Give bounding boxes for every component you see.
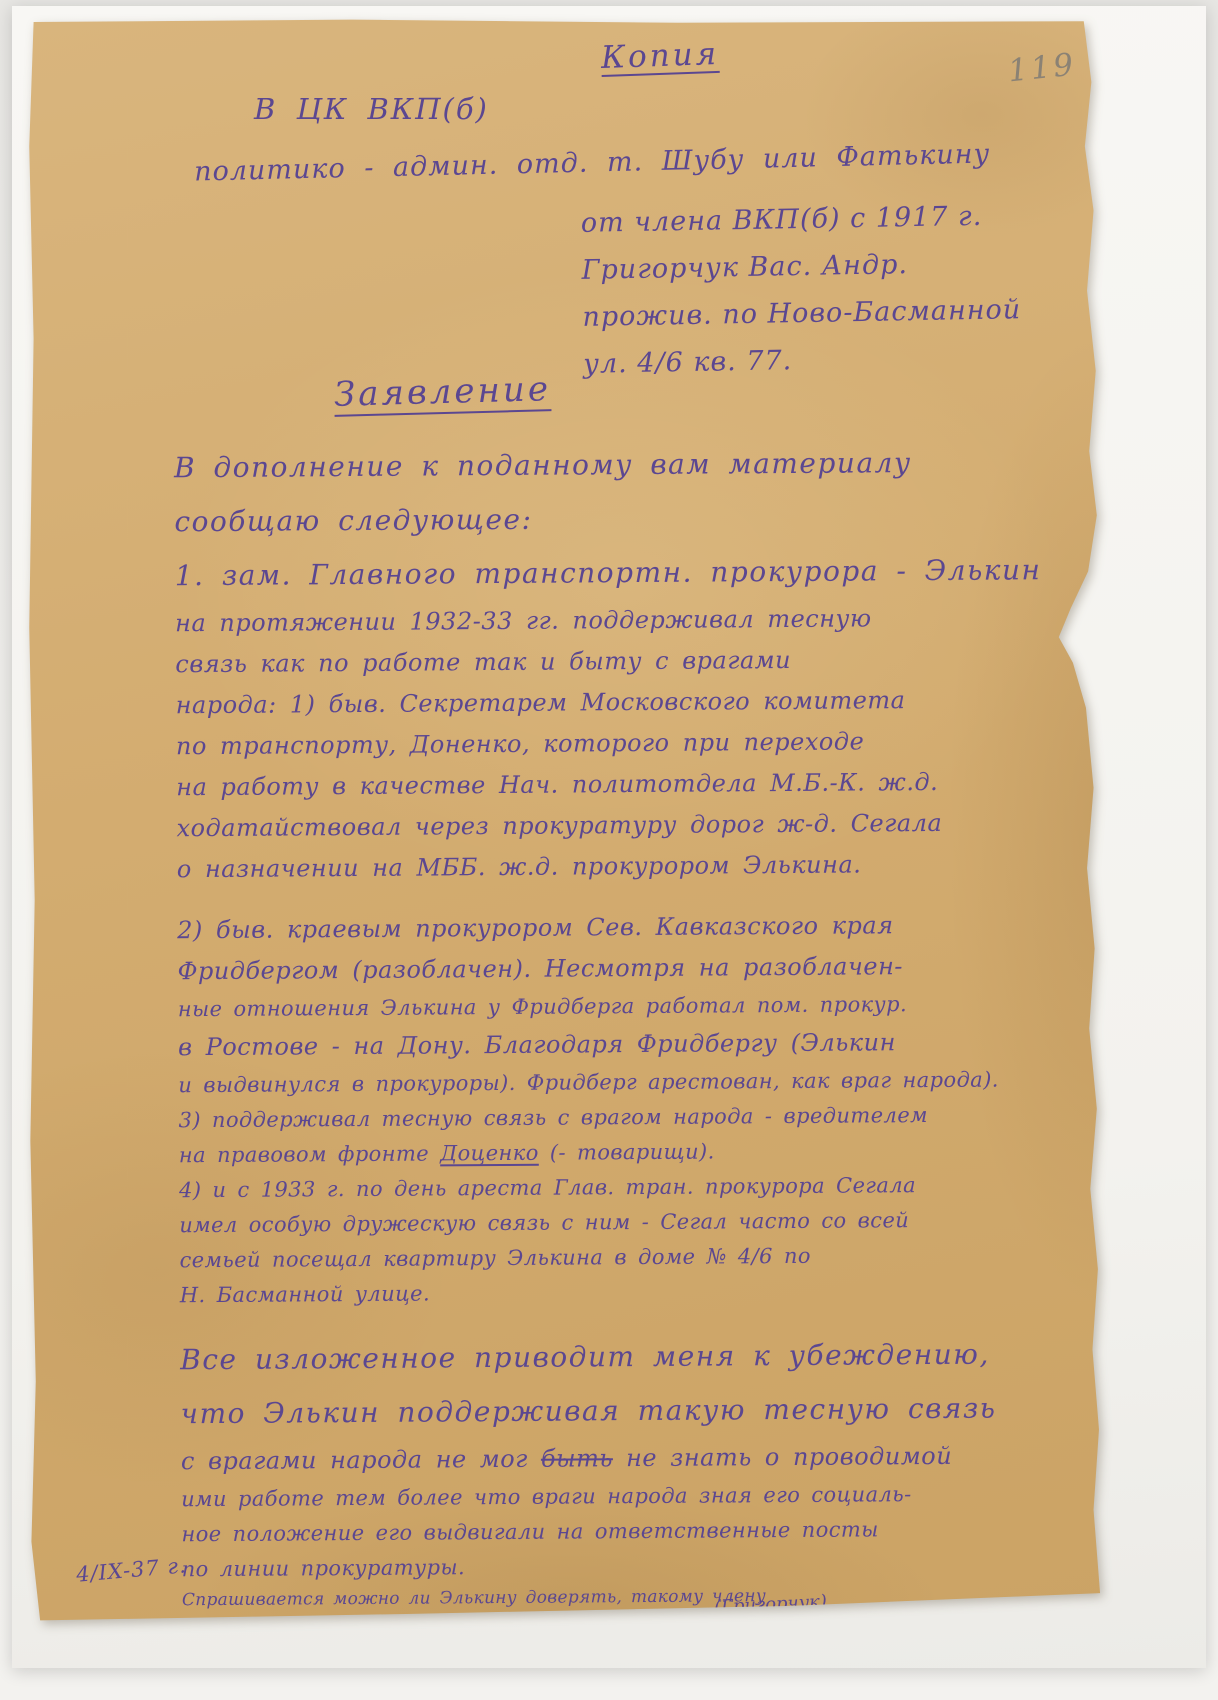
handwritten-line: ходатайствовал через прокуратуру дорог ж…	[176, 802, 1106, 849]
document-scan: Копия 119 В ЦК ВКП(б) политико - админ. …	[0, 0, 1218, 1700]
sender-line: Григорчук Вас. Андр.	[581, 239, 1021, 294]
handwritten-line: 2) быв. краевым прокурором Сев. Кавказск…	[177, 904, 1107, 951]
recipient-line-1: В ЦК ВКП(б)	[254, 92, 489, 126]
handwritten-line: Спрашивается можно ли Элькину доверять, …	[182, 1581, 1112, 1614]
paper-sheet: Копия 119 В ЦК ВКП(б) политико - админ. …	[26, 18, 1112, 1622]
handwritten-line: по транспорту, Доненко, которого при пер…	[176, 720, 1106, 767]
handwritten-line: В дополнение к поданному вам материалу	[174, 435, 1104, 495]
sender-block: от члена ВКП(б) с 1917 г.Григорчук Вас. …	[580, 192, 1022, 388]
sender-line: ул. 4/6 кв. 77.	[583, 333, 1023, 388]
handwritten-line: на работу в качестве Нач. политотдела М.…	[176, 761, 1106, 808]
handwritten-line: народа: 1) быв. Секретарем Московского к…	[176, 679, 1106, 726]
sender-line: прожив. по Ново-Басманной	[582, 286, 1022, 341]
sender-line: от члена ВКП(б) с 1917 г.	[580, 192, 1020, 247]
page-number: 119	[1006, 47, 1078, 90]
document-title: Заявление	[334, 369, 552, 415]
handwritten-line: и выдвинулся в прокуроры). Фридберг арес…	[178, 1062, 1108, 1103]
date-note: 4/IX-37 г.	[75, 1553, 187, 1587]
copy-label: Копия	[600, 36, 719, 76]
handwritten-line: с врагами народа не мог быть не знать о …	[181, 1435, 1111, 1482]
paper-sheet-wrap: Копия 119 В ЦК ВКП(б) политико - админ. …	[26, 18, 1112, 1622]
handwritten-line: Все изложенное приводит меня к убеждению…	[180, 1327, 1110, 1387]
handwritten-line: что Элькин поддерживая такую тесную связ…	[180, 1381, 1110, 1441]
handwritten-line: 1. зам. Главного транспортн. прокурора -…	[175, 543, 1105, 603]
handwritten-line: о назначении на МББ. ж.д. прокурором Эль…	[177, 843, 1107, 890]
handwritten-line: сообщаю следующее:	[174, 489, 1104, 549]
handwritten-line: в Ростове - на Дону. Благодаря Фридбергу…	[178, 1021, 1108, 1068]
document-body: В дополнение к поданному вам материалусо…	[174, 435, 1112, 1641]
handwritten-line: связь как по работе так и быту с врагами	[175, 638, 1105, 685]
handwritten-line: на протяжении 1932-33 гг. поддерживал те…	[175, 597, 1105, 644]
signature: (Григорчук)	[714, 1591, 828, 1618]
handwritten-line: Фридбергом (разоблачен). Несмотря на раз…	[177, 945, 1107, 992]
recipient-line-2: политико - админ. отд. т. Шубу или Фатьк…	[194, 135, 1124, 187]
handwritten-line: Н. Басманной улице.	[180, 1272, 1110, 1313]
